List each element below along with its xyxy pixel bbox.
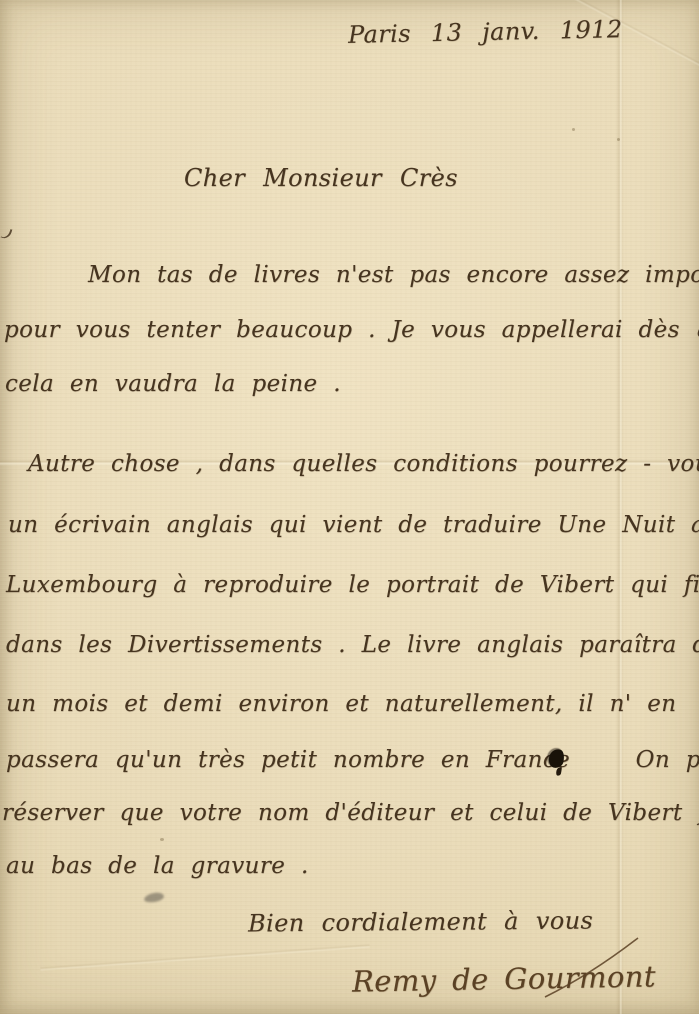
body-line: au bas de la gravure . <box>6 853 309 879</box>
vertical-fold-crease <box>616 0 624 1014</box>
paper-fleck <box>572 128 575 131</box>
body-line: Mon tas de livres n'est pas encore assez… <box>88 262 699 288</box>
paper-fleck <box>617 138 620 141</box>
letter-scan: Paris 13 janv. 1912 Cher Monsieur Crès M… <box>0 0 699 1014</box>
body-line: Luxembourg à reproduire le portrait de V… <box>6 572 699 598</box>
body-line: dans les Divertissements . Le livre angl… <box>6 632 699 658</box>
stray-ink-mark <box>1 227 13 240</box>
body-line-segment: passera qu'un très petit nombre en Franc… <box>6 747 570 773</box>
body-line: un écrivain anglais qui vient de traduir… <box>8 512 699 538</box>
salutation: Cher Monsieur Crès <box>184 164 458 192</box>
pencil-smudge <box>143 892 164 904</box>
closing: Bien cordialement à vous <box>248 906 593 937</box>
dateline: Paris 13 janv. 1912 <box>348 15 623 49</box>
body-line: passera qu'un très petit nombre en Franc… <box>6 747 699 773</box>
body-line: réserver que votre nom d'éditeur et celu… <box>2 800 699 826</box>
signature: Remy de Gourmont <box>352 959 656 998</box>
body-line: un mois et demi environ et naturellement… <box>6 691 676 717</box>
body-line: Autre chose , dans quelles conditions po… <box>28 451 699 477</box>
body-line-segment: On pourrait <box>636 747 699 773</box>
paper-fleck <box>160 838 164 841</box>
body-line: pour vous tenter beaucoup . Je vous appe… <box>4 317 699 343</box>
body-line: cela en vaudra la peine . <box>5 371 341 397</box>
diagonal-crease-bottom-left <box>40 943 370 971</box>
